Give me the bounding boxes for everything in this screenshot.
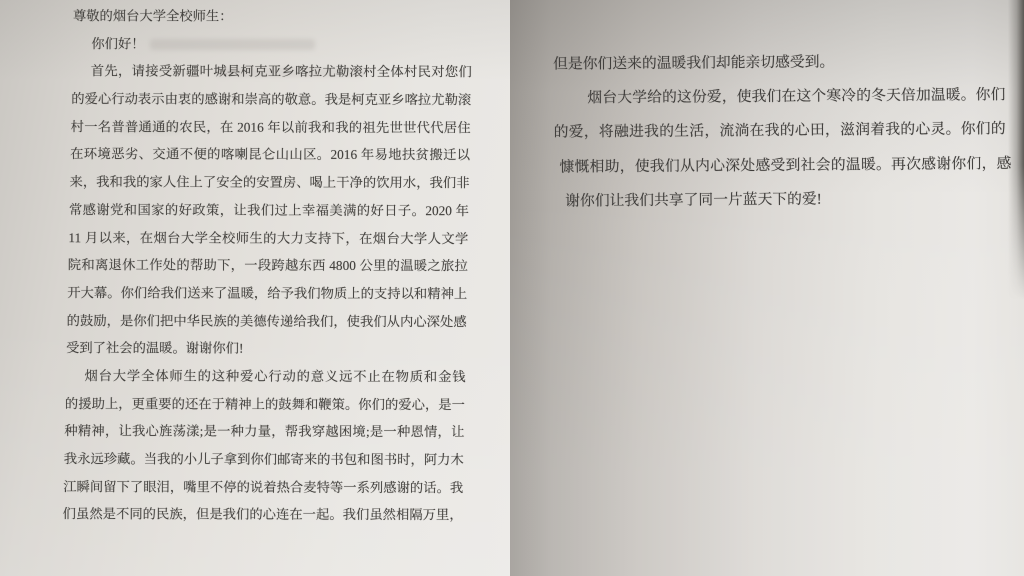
- letter-photo: 尊敬的烟台大学全校师生：你们好！首先，请接受新疆叶城县柯克亚乡喀拉尤勒滚村全体村…: [0, 0, 1024, 576]
- letter-line: 我永远珍藏。当我的小儿子拿到你们邮寄来的书包和图书时，阿力木: [64, 445, 464, 474]
- letter-line: 常感谢党和国家的好政策，让我们过上幸福美满的好日子。2020 年: [69, 196, 469, 225]
- letter-line: 来，我和我的家人住上了安全的安置房、喝上干净的饮用水，我们非: [69, 168, 469, 197]
- letter-line: 们虽然是不同的民族，但是我们的心连在一起。我们虽然相隔万里，: [63, 501, 463, 530]
- letter-line: 种精神，让我心旌荡漾;是一种力量，帮我穿越困境;是一种恩情，让: [64, 417, 464, 446]
- letter-line: 的爱心行动表示由衷的感谢和崇高的敬意。我是柯克亚乡喀拉尤勒滚: [71, 85, 471, 114]
- letter-line: 江瞬间留下了眼泪，嘴里不停的说着热合麦特等一系列感谢的话。我: [63, 473, 463, 502]
- letter-line: 受到了社会的温暖。谢谢你们!: [66, 334, 466, 363]
- letter-line: 慷慨相助，使我们从内心深处感受到社会的温暖。再次感谢你们，感: [559, 147, 1011, 185]
- letter-line: 11 月以来，在烟台大学全校师生的大力支持下，在烟台大学人文学: [68, 224, 468, 253]
- letter-line: 村一名普普通通的农民，在 2016 年以前我和我的祖先世世代代居住: [71, 113, 471, 142]
- letter-line: 尊敬的烟台大学全校师生：: [73, 2, 473, 31]
- letter-line: 开大幕。你们给我们送来了温暖，给予我们物质上的支持以和精神上: [67, 279, 467, 308]
- letter-line: 你们好！: [91, 30, 472, 59]
- letter-line: 谢你们让我们共享了同一片蓝天下的爱!: [565, 181, 1017, 219]
- letter-line: 院和离退休工作处的帮助下，一段跨越东西 4800 公里的温暖之旅拉: [68, 251, 468, 280]
- letter-text-right: 但是你们送来的温暖我们却能亲切感受到。烟台大学给的这份爱，使我们在这个寒冷的冬天…: [510, 44, 1017, 219]
- letter-line: 的鼓励，是你们把中华民族的美德传递给我们，使我们从内心深处感: [67, 307, 467, 336]
- letter-line: 的援助上，更重要的还在于精神上的鼓舞和鞭策。你们的爱心，是一: [65, 390, 465, 419]
- letter-page-right: 但是你们送来的温暖我们却能亲切感受到。烟台大学给的这份爱，使我们在这个寒冷的冬天…: [510, 0, 1024, 576]
- letter-line: 烟台大学全体师生的这种爱心行动的意义远不止在物质和金钱: [84, 362, 465, 391]
- letter-text-left: 尊敬的烟台大学全校师生：你们好！首先，请接受新疆叶城县柯克亚乡喀拉尤勒滚村全体村…: [0, 2, 473, 529]
- letter-line: 在环境恶劣、交通不便的喀喇昆仑山山区。2016 年易地扶贫搬迁以: [70, 141, 470, 170]
- letter-line: 烟台大学给的这份爱，使我们在这个寒冷的冬天倍加温暖。你们: [587, 78, 1005, 115]
- letter-line: 首先，请接受新疆叶城县柯克亚乡喀拉尤勒滚村全体村民对您们: [91, 58, 472, 87]
- letter-line: 的爱，将融进我的生活，流淌在我的心田，滋润着我的心灵。你们的: [554, 112, 1006, 150]
- letter-line: 但是你们送来的温暖我们却能亲切感受到。: [553, 44, 1005, 82]
- letter-page-left: 尊敬的烟台大学全校师生：你们好！首先，请接受新疆叶城县柯克亚乡喀拉尤勒滚村全体村…: [0, 0, 510, 576]
